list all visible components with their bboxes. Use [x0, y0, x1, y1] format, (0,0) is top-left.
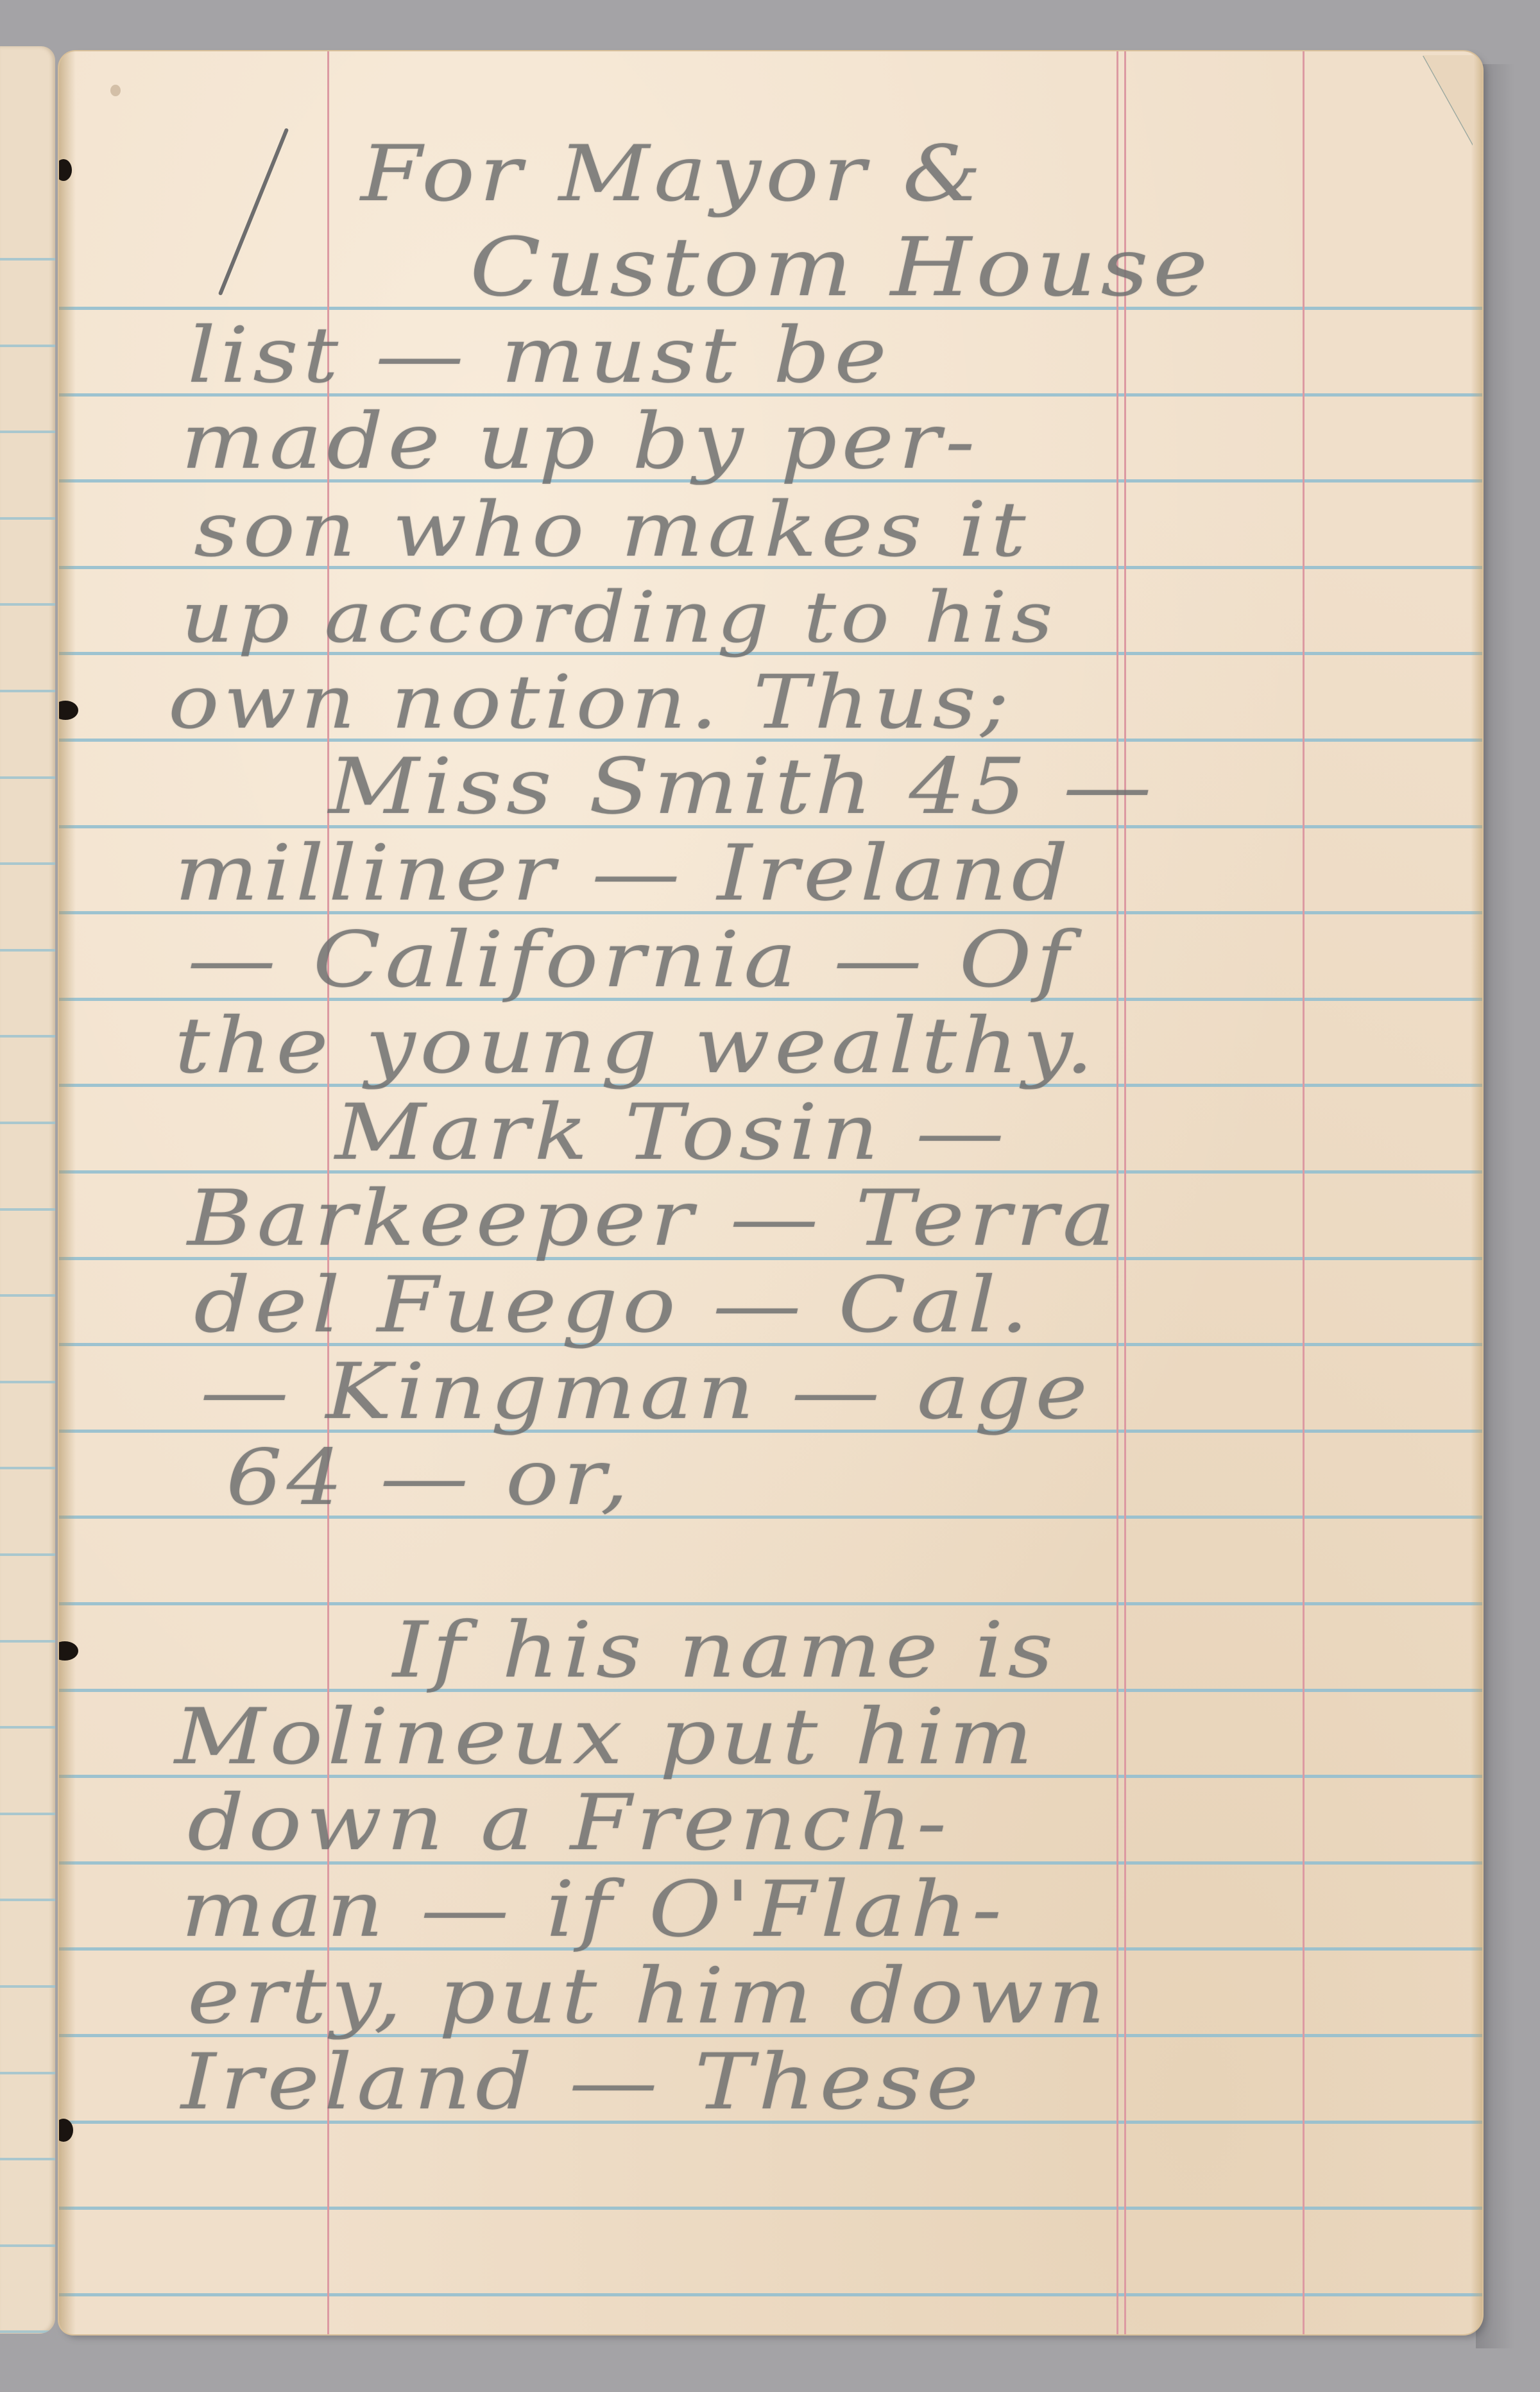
handwritten-line: If his name is [393, 1612, 1057, 1689]
adjacent-page-rule [0, 1985, 55, 1988]
handwritten-line: Ireland — These [181, 2044, 983, 2121]
adjacent-page-rule [0, 258, 55, 261]
handwritten-line: Mark Tosin — [335, 1095, 1009, 1172]
adjacent-page-rule [0, 1640, 55, 1643]
page-number-mark [218, 128, 289, 296]
adjacent-page-rule [0, 1899, 55, 1901]
handwritten-line: the young wealthy. [175, 1008, 1098, 1085]
ruled-line [59, 1602, 1482, 1605]
handwritten-line: down a French- [187, 1785, 951, 1862]
adjacent-page-rule [0, 862, 55, 865]
handwritten-line: own notion. Thus; [168, 666, 1013, 740]
adjacent-page-rule [0, 517, 55, 520]
adjacent-page-rule [0, 2158, 55, 2160]
handwritten-line: 64 — or, [226, 1440, 633, 1517]
handwritten-line: Molineux put him [175, 1699, 1038, 1776]
adjacent-page-edge [0, 46, 55, 2334]
handwritten-line: made up by per- [181, 404, 979, 481]
adjacent-page-rule [0, 603, 55, 606]
adjacent-page-rule [0, 1208, 55, 1211]
handwritten-line: list — must be [187, 318, 891, 395]
handwritten-line: Barkeeper — Terra [187, 1181, 1120, 1258]
handwritten-line: milliner — Ireland [175, 835, 1073, 912]
folded-corner [1423, 55, 1473, 145]
right-margin-line-b [1124, 51, 1126, 2334]
adjacent-page-rule [0, 431, 55, 433]
adjacent-page-rule [0, 690, 55, 692]
handwritten-line: man — if O'Flah- [181, 1872, 1006, 1949]
handwritten-line: Miss Smith 45 — [329, 749, 1156, 826]
adjacent-page-rule [0, 2244, 55, 2247]
handwritten-line: For Mayor & [361, 136, 986, 213]
handwritten-line: up according to his [181, 582, 1057, 653]
handwritten-line: son who makes it [194, 491, 1030, 567]
handwritten-line: Custom House [470, 227, 1212, 308]
adjacent-page-rule [0, 1467, 55, 1469]
adjacent-page-rule [0, 1294, 55, 1297]
adjacent-page-rule [0, 1726, 55, 1729]
adjacent-page-rule [0, 1813, 55, 1815]
page-fore-edge [1471, 51, 1482, 2334]
handwritten-line: — Kingman — age [200, 1354, 1092, 1431]
adjacent-page-rule [0, 1122, 55, 1124]
adjacent-page-rule [0, 2072, 55, 2074]
adjacent-page-rule [0, 1035, 55, 1038]
page-binding-edge [59, 51, 76, 2334]
adjacent-page-rule [0, 1381, 55, 1383]
handwritten-line: del Fuego — Cal. [194, 1267, 1033, 1344]
adjacent-page-rule [0, 776, 55, 779]
paper-spot [110, 85, 121, 96]
handwritten-line: erty, put him down [187, 1958, 1109, 2035]
notebook-page: For Mayor &Custom Houselist — must bemad… [59, 51, 1482, 2334]
handwritten-line: — California — Of [187, 922, 1074, 999]
ruled-line [59, 2207, 1482, 2210]
adjacent-page-rule [0, 949, 55, 952]
adjacent-page-rule [0, 1553, 55, 1556]
adjacent-page-rule [0, 345, 55, 347]
far-right-margin-line [1303, 51, 1305, 2334]
adjacent-page-rule [0, 2330, 55, 2333]
ruled-line [59, 2293, 1482, 2296]
